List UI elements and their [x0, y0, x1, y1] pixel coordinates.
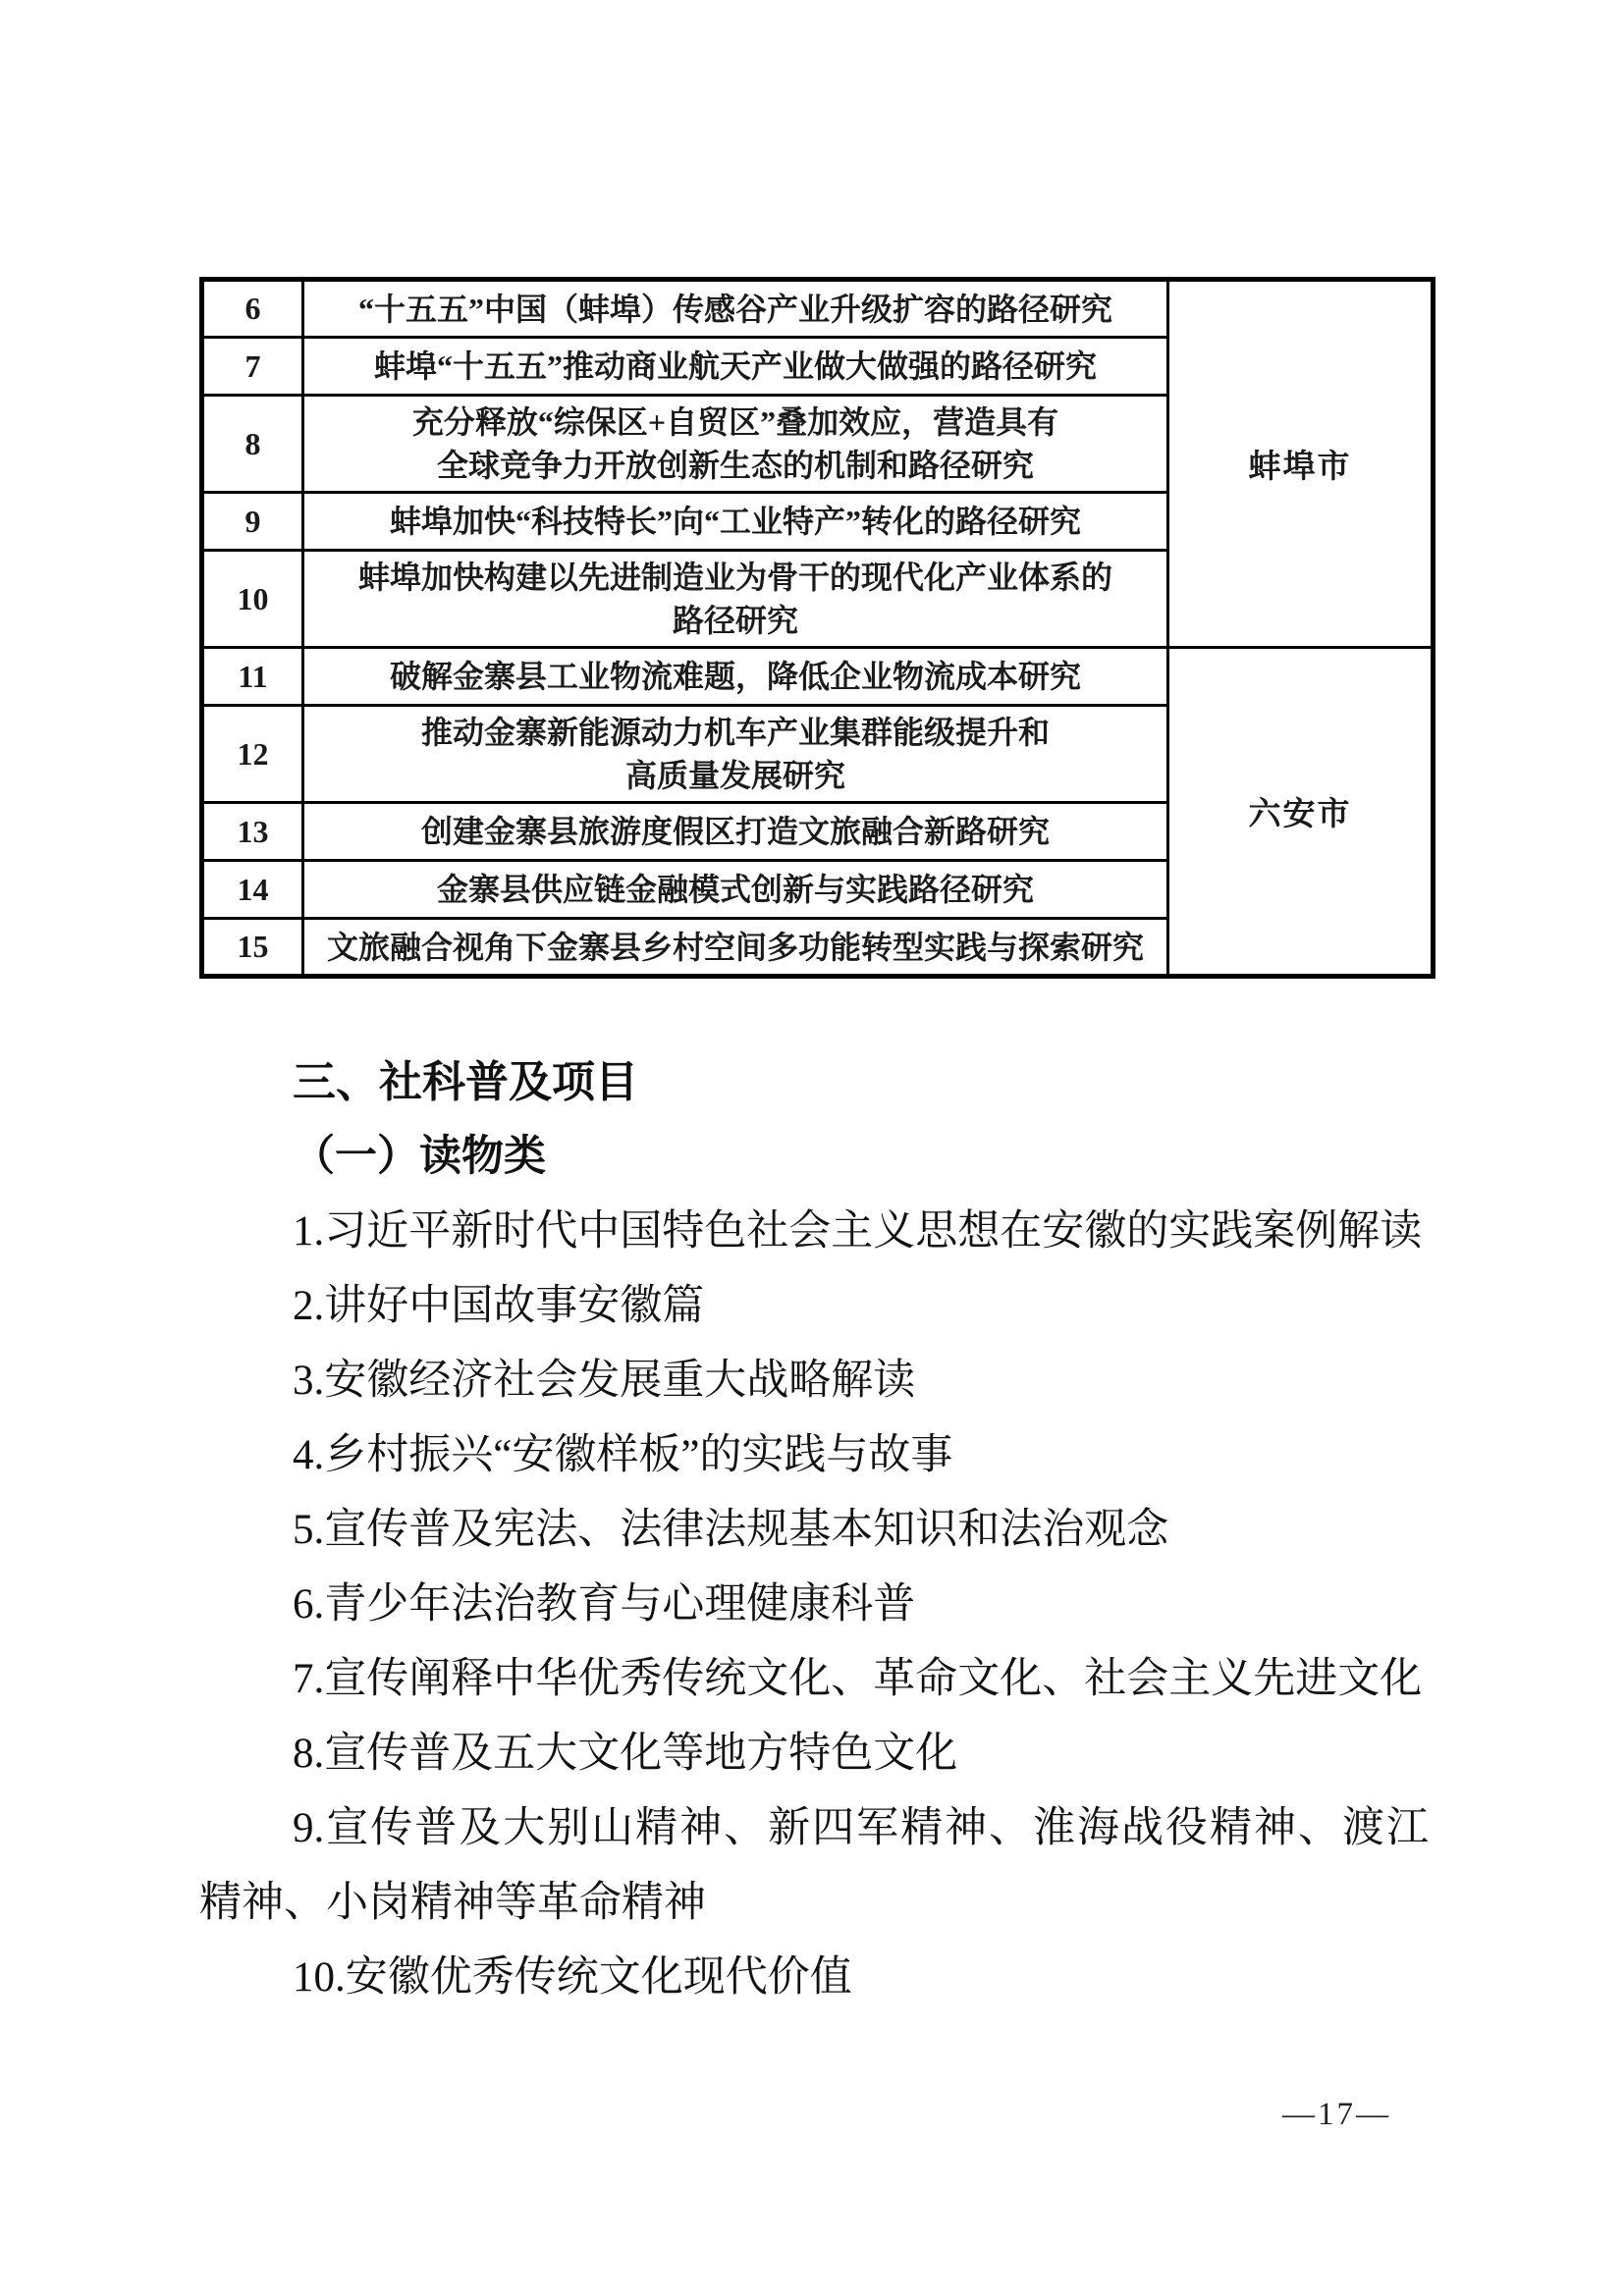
reading-items-list: 1.习近平新时代中国特色社会主义思想在安徽的实践案例解读2.讲好中国故事安徽篇3…: [199, 1195, 1429, 2015]
row-number-cell: 15: [202, 919, 303, 977]
project-title-line: 充分释放“综保区+自贸区”叠加效应，营造具有: [304, 400, 1166, 444]
list-item: 1.习近平新时代中国特色社会主义思想在安徽的实践案例解读: [199, 1195, 1429, 1269]
list-item: 5.宣传普及宪法、法律法规基本知识和法治观念: [199, 1493, 1429, 1568]
project-title-line: 蚌埠加快构建以先进制造业为骨干的现代化产业体系的: [304, 556, 1166, 599]
table-row: 11破解金寨县工业物流难题，降低企业物流成本研究六安市: [202, 648, 1434, 706]
project-title-cell: 蚌埠加快构建以先进制造业为骨干的现代化产业体系的路径研究: [303, 551, 1168, 648]
project-title-line: 创建金寨县旅游度假区打造文旅融合新路研究: [304, 810, 1166, 853]
row-number-cell: 6: [202, 280, 303, 338]
row-number-cell: 9: [202, 493, 303, 551]
project-title-line: 文旅融合视角下金寨县乡村空间多功能转型实践与探索研究: [304, 926, 1166, 969]
project-title-cell: 创建金寨县旅游度假区打造文旅融合新路研究: [303, 803, 1168, 861]
table-row: 6“十五五”中国（蚌埠）传感谷产业升级扩容的路径研究蚌埠市: [202, 280, 1434, 338]
row-number-cell: 10: [202, 551, 303, 648]
project-title-line: 高质量发展研究: [304, 754, 1166, 797]
project-title-line: 推动金寨新能源动力机车产业集群能级提升和: [304, 711, 1166, 754]
list-item: 10.安徽优秀传统文化现代价值: [199, 1941, 1429, 2015]
project-title-cell: 推动金寨新能源动力机车产业集群能级提升和高质量发展研究: [303, 706, 1168, 803]
project-title-line: 蚌埠“十五五”推动商业航天产业做大做强的路径研究: [304, 345, 1166, 388]
row-number-cell: 11: [202, 648, 303, 706]
project-title-line: 路径研究: [304, 599, 1166, 642]
row-number-cell: 12: [202, 706, 303, 803]
project-title-line: “十五五”中国（蚌埠）传感谷产业升级扩容的路径研究: [304, 288, 1166, 331]
page-number: —17—: [1282, 2097, 1391, 2133]
list-item: 2.讲好中国故事安徽篇: [199, 1269, 1429, 1344]
row-number-cell: 8: [202, 396, 303, 493]
list-item: 9.宣传普及大别山精神、新四军精神、淮海战役精神、渡江精神、小岗精神等革命精神: [199, 1791, 1429, 1941]
section-heading: 三、社科普及项目: [199, 1045, 1429, 1120]
project-title-line: 金寨县供应链金融模式创新与实践路径研究: [304, 868, 1166, 911]
list-item: 7.宣传阐释中华优秀传统文化、革命文化、社会主义先进文化: [199, 1642, 1429, 1717]
city-cell: 蚌埠市: [1168, 280, 1434, 648]
project-title-line: 全球竞争力开放创新生态的机制和路径研究: [304, 444, 1166, 487]
row-number-cell: 7: [202, 338, 303, 396]
science-popularization-section: 三、社科普及项目 （一）读物类 1.习近平新时代中国特色社会主义思想在安徽的实践…: [199, 1045, 1429, 2015]
list-item-line-wrap: 精神、小岗精神等革命精神: [199, 1866, 1429, 1941]
row-number-cell: 13: [202, 803, 303, 861]
list-item-line-first: 9.宣传普及大别山精神、新四军精神、淮海战役精神、渡江: [199, 1791, 1429, 1866]
project-title-cell: 破解金寨县工业物流难题，降低企业物流成本研究: [303, 648, 1168, 706]
project-title-cell: 充分释放“综保区+自贸区”叠加效应，营造具有全球竞争力开放创新生态的机制和路径研…: [303, 396, 1168, 493]
document-page: 6“十五五”中国（蚌埠）传感谷产业升级扩容的路径研究蚌埠市7蚌埠“十五五”推动商…: [0, 0, 1624, 2296]
projects-table-body: 6“十五五”中国（蚌埠）传感谷产业升级扩容的路径研究蚌埠市7蚌埠“十五五”推动商…: [202, 280, 1434, 977]
project-title-cell: 金寨县供应链金融模式创新与实践路径研究: [303, 861, 1168, 919]
project-title-cell: 文旅融合视角下金寨县乡村空间多功能转型实践与探索研究: [303, 919, 1168, 977]
list-item: 8.宣传普及五大文化等地方特色文化: [199, 1717, 1429, 1791]
projects-table: 6“十五五”中国（蚌埠）传感谷产业升级扩容的路径研究蚌埠市7蚌埠“十五五”推动商…: [199, 277, 1435, 979]
list-item: 6.青少年法治教育与心理健康科普: [199, 1568, 1429, 1642]
project-title-line: 蚌埠加快“科技特长”向“工业特产”转化的路径研究: [304, 500, 1166, 543]
city-cell: 六安市: [1168, 648, 1434, 977]
section-subheading: （一）读物类: [199, 1120, 1429, 1195]
project-title-cell: 蚌埠加快“科技特长”向“工业特产”转化的路径研究: [303, 493, 1168, 551]
project-title-cell: “十五五”中国（蚌埠）传感谷产业升级扩容的路径研究: [303, 280, 1168, 338]
row-number-cell: 14: [202, 861, 303, 919]
list-item: 3.安徽经济社会发展重大战略解读: [199, 1344, 1429, 1418]
project-title-cell: 蚌埠“十五五”推动商业航天产业做大做强的路径研究: [303, 338, 1168, 396]
list-item: 4.乡村振兴“安徽样板”的实践与故事: [199, 1418, 1429, 1493]
project-title-line: 破解金寨县工业物流难题，降低企业物流成本研究: [304, 655, 1166, 698]
